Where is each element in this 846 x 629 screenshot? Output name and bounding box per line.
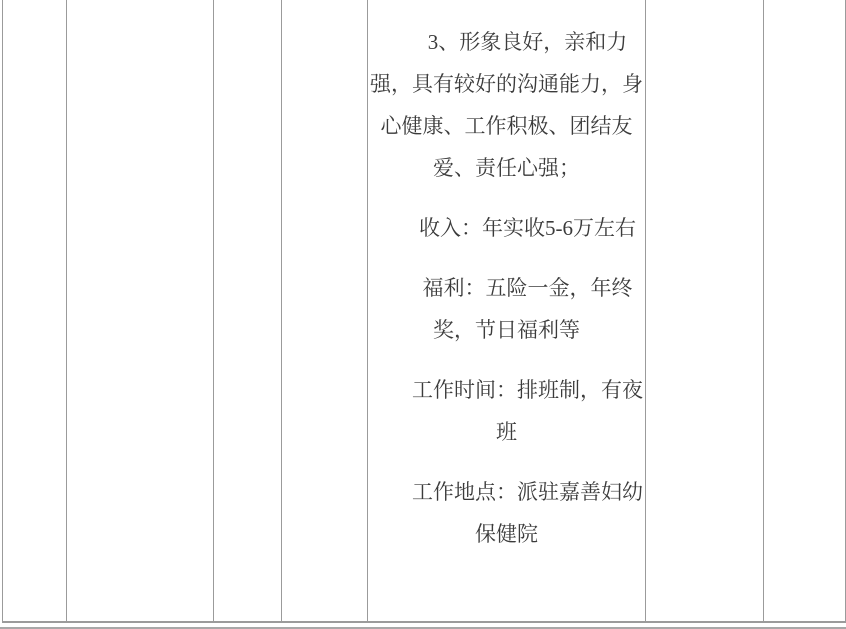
income-line: 收入：年实收5-6万左右 (369, 207, 644, 249)
document-page: 3、形象良好，亲和力强，具有较好的沟通能力，身心健康、工作积极、团结友爱、责任心… (0, 0, 846, 629)
benefits-line: 福利：五险一金，年终奖，节日福利等 (369, 267, 644, 351)
work-location-line: 工作地点：派驻嘉善妇幼保健院 (369, 471, 644, 555)
work-hours-line: 工作时间：排班制，有夜班 (369, 369, 644, 453)
table-row: 3、形象良好，亲和力强，具有较好的沟通能力，身心健康、工作积极、团结友爱、责任心… (2, 0, 846, 623)
table-cell-job-details: 3、形象良好，亲和力强，具有较好的沟通能力，身心健康、工作积极、团结友爱、责任心… (367, 0, 645, 621)
table-cell-empty-2 (66, 0, 213, 621)
table-cell-empty-6 (763, 0, 846, 621)
table-cell-empty-3 (213, 0, 281, 621)
requirement-item-3: 3、形象良好，亲和力强，具有较好的沟通能力，身心健康、工作积极、团结友爱、责任心… (369, 21, 644, 189)
table-cell-empty-1 (2, 0, 66, 621)
table-cell-empty-4 (281, 0, 367, 621)
table-cell-empty-5 (645, 0, 763, 621)
